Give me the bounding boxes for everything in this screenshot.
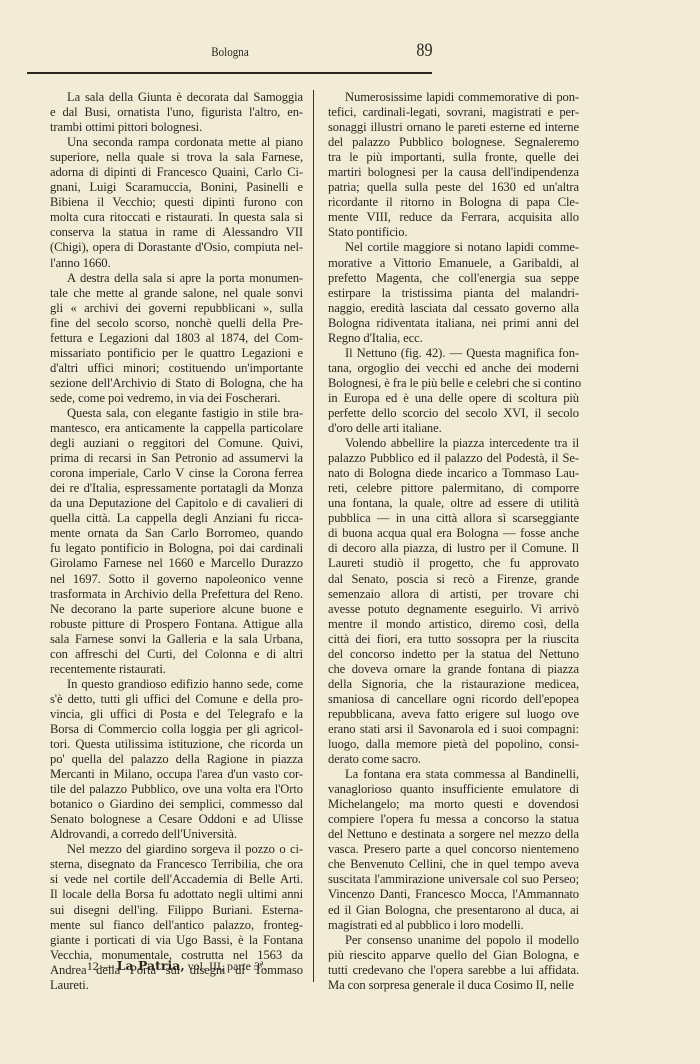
page-number: 89 [416, 40, 432, 62]
text-line: ricordante il ritorno in Bologna di papa… [328, 195, 579, 210]
text-line: pubblica — in una città allora sì scarse… [328, 511, 579, 526]
text-line: A destra della sala si apre la porta mon… [50, 271, 303, 286]
text-line: martiri bolognesi per la causa dell'indi… [328, 165, 579, 180]
volume-info: vol. III, parte 3ª. [188, 959, 267, 973]
text-line: trambi ottimi pittori bolognesi. [50, 120, 303, 135]
column-divider [313, 90, 314, 982]
text-line: e dal Busi, ornatista l'uno, figurista l… [50, 105, 303, 120]
text-line: Laureti. [50, 978, 303, 993]
text-line: adorna di dipinti di Francesco Quaini, C… [50, 165, 303, 180]
text-line: Laureti studiò il progetto, che fu appro… [328, 556, 579, 571]
right-column: Numerosissime lapidi commemorative di po… [328, 90, 579, 993]
text-line: sezione dell'Archivio di Stato di Bologn… [50, 376, 303, 391]
text-line: recentemente ristaurati. [50, 662, 303, 677]
text-line: gli « archivi dei governi repubblicani »… [50, 301, 303, 316]
text-line: Una seconda rampa cordonata mette al pia… [50, 135, 303, 150]
text-line: prima di recarsi in San Petronio ad assu… [50, 451, 303, 466]
text-line: La fontana era stata commessa al Bandine… [328, 767, 579, 782]
paragraph: Nel cortile maggiore si notano lapidi co… [328, 240, 579, 345]
text-line: tana, orgoglio dei vecchi ed anche dei m… [328, 361, 579, 376]
text-line: in Europa ed è una delle opere di scoltu… [328, 391, 579, 406]
text-line: tra le più importanti, sulla fronte, que… [328, 150, 579, 165]
text-line: Nel cortile maggiore si notano lapidi co… [328, 240, 579, 255]
paragraph: Una seconda rampa cordonata mette al pia… [50, 135, 303, 270]
document-page: Bologna 89 La sala della Giunta è decora… [0, 0, 700, 1064]
text-line: tutti credevano che l'opera sarebbe a lu… [328, 963, 579, 978]
text-line: morative a Vittorio Emanuele, a Garibald… [328, 256, 579, 271]
text-line: di buona acqua qual era Bologna — fosse … [328, 526, 579, 541]
text-line: mente sul fianco dell'antico palazzo, fr… [50, 918, 303, 933]
text-line: erano stati arsi il Savonarola ed i suoi… [328, 722, 579, 737]
text-line: Borsa di Commercio colla loggia per gli … [50, 722, 303, 737]
text-line: d'altri uffici minori; costituendo un'im… [50, 361, 303, 376]
text-line: nel 1697. Sotto il governo napoleonico v… [50, 572, 303, 587]
text-line: smaniosa di cancellare ogni ricordo dell… [328, 692, 579, 707]
text-line: semenzaio allora di artisti, per trovare… [328, 587, 579, 602]
text-line: Regno d'Italia, ecc. [328, 331, 579, 346]
text-line: tefici, cardinali-legati, sovrani, magis… [328, 105, 579, 120]
text-line: giante i porticati di via Ugo Bassi, è l… [50, 933, 303, 948]
text-line: Il Nettuno (fig. 42). — Questa magnifica… [328, 346, 579, 361]
paragraph: Questa sala, con elegante fastigio in st… [50, 406, 303, 677]
header-rule [27, 72, 432, 74]
text-line: reti, celebre pittore palermitano, di co… [328, 481, 579, 496]
text-line: Ma con sorpresa generale il duca Cosimo … [328, 978, 579, 993]
text-line: superiore, nella quale si trova la sala … [50, 150, 303, 165]
text-line: l'anno 1660. [50, 256, 303, 271]
text-line: estirpare la tristissima pianta del mala… [328, 286, 579, 301]
text-line: suscitata l'ammirazione universale col s… [328, 872, 579, 887]
text-line: s'è detto, tutti gli uffici del Comune e… [50, 692, 303, 707]
text-line: botanico o Giardino dei semplici, commes… [50, 797, 303, 812]
text-line: Bologna ridiventata italiana, nei primi … [328, 316, 579, 331]
text-line: repubblicana, aveva fatto erigere sul lu… [328, 707, 579, 722]
text-line: del palazzo Pubblico bolognese. Segnaler… [328, 135, 579, 150]
paragraph: La fontana era stata commessa al Bandine… [328, 767, 579, 933]
text-line: dei re d'Italia, espressamente portatagl… [50, 481, 303, 496]
text-line: Stato pontificio. [328, 225, 579, 240]
text-line: vincia, gli uffici di Posta e del Telegr… [50, 707, 303, 722]
page-footer: 12 — La Patria, vol. III, parte 3ª. [50, 958, 303, 974]
text-line: mente VIII, reduce da Ferrara, acquisita… [328, 210, 579, 225]
text-line: ed il Gian Bologna, che presentarono al … [328, 903, 579, 918]
paragraph: Il Nettuno (fig. 42). — Questa magnifica… [328, 346, 579, 436]
text-line: Senato bolognese a Cesare Oddoni e ad Ul… [50, 812, 303, 827]
text-line: dal Senato, poscia si recò a Firenze, gr… [328, 572, 579, 587]
text-line: mantesco, era anticamente la cappella pa… [50, 421, 303, 436]
text-line: missariato pontificio per le quattro Leg… [50, 346, 303, 361]
text-line: quella città. La cappella degli Anziani … [50, 511, 303, 526]
signature-mark: 12 — [87, 959, 114, 973]
running-header: Bologna 89 [26, 40, 434, 66]
text-line: Aldrovandi, a corredo dell'Università. [50, 827, 303, 842]
text-line: fu legato pontificio in Bologna, poi dai… [50, 541, 303, 556]
text-line: da una Deputazione del Capitolo e di cav… [50, 496, 303, 511]
text-line: mentre il mondo artistico, diremo così, … [328, 617, 579, 632]
text-line: trasformata in Archivio della Prefettura… [50, 587, 303, 602]
text-line: più riescito apparve quello del Gian Bol… [328, 948, 579, 963]
text-line: nato di Bologna diede incarico a Tommaso… [328, 466, 579, 481]
text-line: Vincenzo Danti, Francesco Mocca, l'Amman… [328, 887, 579, 902]
text-line: avesse potuto degnamente eseguirlo. Vi a… [328, 602, 579, 617]
text-line: Bibiena il Vecchio; questi dipinti furon… [50, 195, 303, 210]
text-line: del concorso indetto per la statua del N… [328, 647, 579, 662]
text-line: In questo grandioso edifizio hanno sede,… [50, 677, 303, 692]
text-line: magistrati ed al pubblico i loro modelli… [328, 918, 579, 933]
text-line: tori. Questa utilissima istituzione, che… [50, 737, 303, 752]
text-line: tile del palazzo Pubblico, ove una volta… [50, 782, 303, 797]
text-line: una fontana, la quale, oltre ad essere d… [328, 496, 579, 511]
text-line: robuste pitture di Prospero Fontana. Att… [50, 617, 303, 632]
text-line: di decoro alla piazza, di lustro per il … [328, 541, 579, 556]
text-line: Il locale della Borsa fu adottato negli … [50, 887, 303, 902]
text-line: La sala della Giunta è decorata dal Samo… [50, 90, 303, 105]
text-line: perfette dello scorcio del secolo XVI, i… [328, 406, 579, 421]
text-line: fettura e Legazioni dal 1803 al 1874, de… [50, 331, 303, 346]
text-line: sui disegni dell'ing. Filippo Buriani. E… [50, 903, 303, 918]
text-line: corona imperiale, Carlo V cinse la Coron… [50, 466, 303, 481]
text-line: (Chigi), opera di Dorastante d'Osio, com… [50, 240, 303, 255]
publication-title: La Patria, [117, 958, 185, 973]
text-line: sonaggi illustri ornano le pareti estern… [328, 120, 579, 135]
text-line: Michelangelo; ma morto questi e dovendos… [328, 797, 579, 812]
text-line: naggio, eredità lasciata dal cessato gov… [328, 301, 579, 316]
text-line: sterna, disegnato da Francesco Terribili… [50, 857, 303, 872]
text-line: Questa sala, con elegante fastigio in st… [50, 406, 303, 421]
text-line: vasca. Presero parte a quel concorso nie… [328, 842, 579, 857]
text-line: della Signoria, che la ristaurazione med… [328, 677, 579, 692]
paragraph: Numerosissime lapidi commemorative di po… [328, 90, 579, 240]
text-line: sede, come poi vedremo, in via dei Fosch… [50, 391, 303, 406]
text-line: luogo, dalla memore pietà del popolino, … [328, 737, 579, 752]
paragraph: In questo grandioso edifizio hanno sede,… [50, 677, 303, 843]
text-line: prefetto Magenta, che coll'energia sua s… [328, 271, 579, 286]
text-line: si vede nel cortile dell'Accademia di Be… [50, 872, 303, 887]
text-line: vanaglorioso quanto insufficiente emulat… [328, 782, 579, 797]
text-line: Mercanti in Milano, occupa l'area d'un v… [50, 767, 303, 782]
text-line: del Nettuno e destinata a sorgere nel me… [328, 827, 579, 842]
text-line: Volendo abbellire la piazza intercedente… [328, 436, 579, 451]
text-line: po' quella del palazzo della Ragione in … [50, 752, 303, 767]
text-line: che Benvenuto Cellini, che in quel tempo… [328, 857, 579, 872]
text-line: sala Farnese sonvi la Galleria e la sala… [50, 632, 303, 647]
text-line: patria; quella sulla peste del 1630 ed u… [328, 180, 579, 195]
text-line: compiere l'opera fu messa a concorso la … [328, 812, 579, 827]
text-line: Per consenso unanime del popolo il model… [328, 933, 579, 948]
text-line: tale che mette al grande salone, nel qua… [50, 286, 303, 301]
text-line: gnani, Luigi Scaramuccia, Bonini, Pasine… [50, 180, 303, 195]
text-line: Nel mezzo del giardino sorgeva il pozzo … [50, 842, 303, 857]
paragraph: Per consenso unanime del popolo il model… [328, 933, 579, 993]
paragraph: La sala della Giunta è decorata dal Samo… [50, 90, 303, 135]
text-line: conserva la statua in rame di Alessandro… [50, 225, 303, 240]
text-line: molta cura ritoccati e ristaurati. In qu… [50, 210, 303, 225]
text-line: degli auziani o reggitori del Comune. Qu… [50, 436, 303, 451]
running-title: Bologna [57, 44, 404, 60]
text-line: palazzo Pubblico ed il palazzo del Podes… [328, 451, 579, 466]
text-line: mente ornata da San Carlo Borromeo, quan… [50, 526, 303, 541]
text-line: Numerosissime lapidi commemorative di po… [328, 90, 579, 105]
text-line: con affreschi del Curti, del Colonna e d… [50, 647, 303, 662]
text-line: d'oro delle arti italiane. [328, 421, 579, 436]
text-line: Ne decorano la parte superiore alcune bu… [50, 602, 303, 617]
left-column: La sala della Giunta è decorata dal Samo… [50, 90, 303, 993]
text-line: derato come sacro. [328, 752, 579, 767]
text-line: Girolamo Farnese nel 1660 e Marcello Dur… [50, 556, 303, 571]
text-line: città dei fiori, era tutto sossopra per … [328, 632, 579, 647]
text-line: Bolognesi, è fra le più belle e celebri … [328, 376, 579, 391]
paragraph: Volendo abbellire la piazza intercedente… [328, 436, 579, 767]
paragraph: A destra della sala si apre la porta mon… [50, 271, 303, 406]
text-line: fine del secolo scorso, nonchè quelli de… [50, 316, 303, 331]
text-line: che doveva ornare la grande fontana di p… [328, 662, 579, 677]
